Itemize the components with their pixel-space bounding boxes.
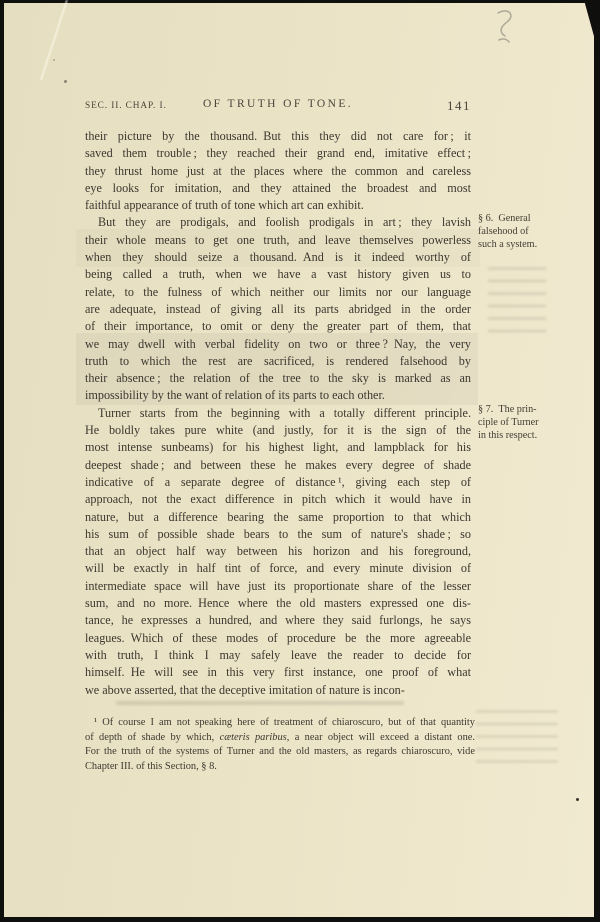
paper-sheet: SEC. II. CHAP. I. OF TRUTH OF TONE. 141 … bbox=[4, 3, 594, 917]
body-line: leagues. Which of these modes of procedu… bbox=[85, 630, 471, 647]
body-line: their whole means to get one truth, and … bbox=[85, 232, 471, 249]
footnote: ¹ Of course I am not speaking here of tr… bbox=[85, 716, 475, 775]
body-line: intermediate space will have just its pr… bbox=[85, 578, 471, 595]
body-paragraph: their picture by the thousand. But this … bbox=[85, 128, 471, 214]
body-line: He boldly takes pure white (and justly, … bbox=[85, 422, 471, 439]
margin-note-line: such a system. bbox=[478, 239, 570, 252]
body-line: nature, but a difference bearing the sam… bbox=[85, 509, 471, 526]
margin-note-section-6: § 6. Generalfalsehood ofsuch a system. bbox=[478, 213, 570, 251]
ink-speck bbox=[53, 59, 55, 61]
body-paragraph: Turner starts from the beginning with a … bbox=[85, 405, 471, 699]
show-through-text-smudge bbox=[116, 701, 404, 705]
body-line: truth to which the rest are sacrificed, … bbox=[85, 353, 471, 370]
ink-speck bbox=[576, 798, 579, 801]
body-line: their picture by the thousand. But this … bbox=[85, 128, 471, 145]
footnote-line: For the truth of the systems of Turner a… bbox=[85, 745, 475, 760]
body-line: with truth, I think I may safely leave t… bbox=[85, 647, 471, 664]
margin-note-section-7: § 7. The prin-ciple of Turnerin this res… bbox=[478, 404, 570, 442]
body-line: will be exactly in half tint of force, a… bbox=[85, 560, 471, 577]
text-block: their picture by the thousand. But this … bbox=[85, 128, 471, 699]
ink-speck bbox=[64, 80, 67, 83]
margin-note-line: ciple of Turner bbox=[478, 417, 570, 430]
page-number: 141 bbox=[447, 98, 471, 114]
body-line: his sum of possible shade bears to the s… bbox=[85, 526, 471, 543]
footnote-line: of depth of shade by which, cæteris pari… bbox=[85, 731, 475, 746]
paper-crease bbox=[40, 0, 68, 80]
body-line: impossibility by the want of relation of… bbox=[85, 387, 471, 404]
body-line: saved them trouble ; they reached their … bbox=[85, 145, 471, 162]
body-line: when they should seize a thousand. And i… bbox=[85, 249, 471, 266]
body-line: approach, not the exact difference in pi… bbox=[85, 491, 471, 508]
margin-note-line: falsehood of bbox=[478, 226, 570, 239]
body-line: of their importance, to omit or deny the… bbox=[85, 318, 471, 335]
running-head-section: SEC. II. CHAP. I. bbox=[85, 101, 167, 111]
show-through-text-smudge bbox=[476, 710, 558, 764]
margin-note-line: § 6. General bbox=[478, 213, 570, 226]
body-line: indicative of a separate degree of dista… bbox=[85, 474, 471, 491]
body-line: Turner starts from the beginning with a … bbox=[85, 405, 471, 422]
pencil-mark bbox=[486, 7, 526, 51]
margin-note-line: in this respect. bbox=[478, 430, 570, 443]
body-paragraph: But they are prodigals, and foolish prod… bbox=[85, 214, 471, 404]
body-line: But they are prodigals, and foolish prod… bbox=[85, 214, 471, 231]
body-line: their absence ; the relation of the tree… bbox=[85, 370, 471, 387]
body-line: relate, to the fulness of which neither … bbox=[85, 284, 471, 301]
body-line: we may dwell with verbal fidelity on two… bbox=[85, 336, 471, 353]
body-line: eye looks for imitation, and they attain… bbox=[85, 180, 471, 197]
footnote-line: Chapter III. of this Section, § 8. bbox=[85, 760, 475, 775]
body-line: deepest shade ; and between these he mak… bbox=[85, 457, 471, 474]
body-line: tance, he expresses a hundred, and where… bbox=[85, 612, 471, 629]
show-through-text-smudge bbox=[488, 267, 546, 333]
footnote-line: ¹ Of course I am not speaking here of tr… bbox=[85, 716, 475, 731]
body-line: himself. He will see in this very first … bbox=[85, 664, 471, 681]
body-line: sum, and no more. Hence where the old ma… bbox=[85, 595, 471, 612]
body-line: we above asserted, that the deceptive im… bbox=[85, 682, 471, 699]
body-line: faithful appearance of truth of tone whi… bbox=[85, 197, 471, 214]
body-line: are adequate, instead of giving all its … bbox=[85, 301, 471, 318]
body-line: most intense sunbeams) for his highest l… bbox=[85, 439, 471, 456]
body-line: being called a truth, when we have a vas… bbox=[85, 266, 471, 283]
body-line: that an object half way between his hori… bbox=[85, 543, 471, 560]
running-head: SEC. II. CHAP. I. OF TRUTH OF TONE. 141 bbox=[85, 98, 471, 114]
running-head-title: OF TRUTH OF TONE. bbox=[203, 98, 353, 110]
body-line: they thrust home just at the places wher… bbox=[85, 163, 471, 180]
scanned-book-page: SEC. II. CHAP. I. OF TRUTH OF TONE. 141 … bbox=[0, 0, 600, 922]
margin-note-line: § 7. The prin- bbox=[478, 404, 570, 417]
